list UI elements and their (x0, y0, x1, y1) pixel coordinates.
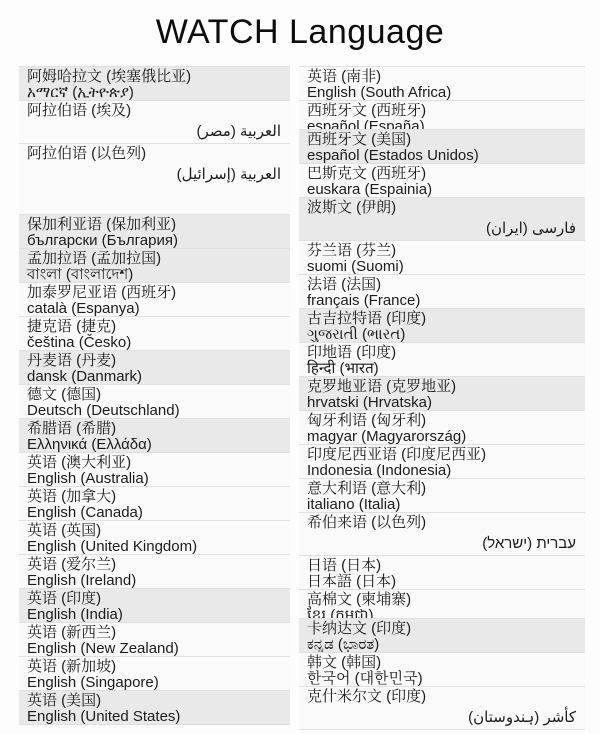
language-label-zh: 希腊语 (希腊) (27, 420, 283, 437)
language-label-zh: 英语 (加拿大) (27, 488, 283, 505)
language-option[interactable]: 印地语 (印度)हिन्दी (भारत) (299, 343, 585, 377)
language-label-native: עברית (ישראל) (307, 536, 578, 552)
language-option[interactable]: 孟加拉语 (孟加拉国)বাংলা (বাংলাদেশ) (19, 249, 290, 283)
language-label-zh: 德文 (德国) (27, 386, 283, 403)
language-label-native: English (Ireland) (27, 573, 283, 589)
language-label-native: ગુજરાતી (ભારત) (307, 327, 578, 343)
language-label-native: italiano (Italia) (307, 497, 578, 513)
language-label-native: български (България) (27, 233, 283, 249)
language-option[interactable]: 希腊语 (希腊)Ελληνικά (Ελλάδα) (19, 419, 290, 453)
language-label-native: English (New Zealand) (27, 641, 283, 657)
language-label-native: català (Espanya) (27, 301, 283, 317)
language-label-native: hrvatski (Hrvatska) (307, 395, 578, 411)
language-label-zh: 印地语 (印度) (307, 344, 578, 361)
language-label-zh: 英语 (爱尔兰) (27, 556, 283, 573)
language-label-native: magyar (Magyarország) (307, 429, 578, 445)
language-option[interactable]: 古吉拉特语 (印度)ગુજરાતી (ભારત) (299, 309, 585, 343)
language-label-zh: 阿姆哈拉文 (埃塞俄比亚) (27, 68, 283, 85)
language-option[interactable]: 英语 (印度)English (India) (19, 589, 290, 623)
language-label-native: Indonesia (Indonesia) (307, 463, 578, 479)
language-label-zh: 西班牙文 (美国) (307, 131, 578, 148)
language-option[interactable]: 高棉文 (柬埔寨)ខ្មែរ (កម្ពុជា) (299, 590, 585, 619)
language-option[interactable]: 保加利亚语 (保加利亚)български (България) (19, 215, 290, 249)
language-label-native: English (India) (27, 607, 283, 623)
language-option[interactable]: 阿姆哈拉文 (埃塞俄比亚)አማርኛ (ኢትዮጵያ) (19, 67, 290, 101)
language-option[interactable]: 日语 (日本)日本語 (日本) (299, 556, 585, 590)
language-option[interactable]: 英语 (新西兰)English (New Zealand) (19, 623, 290, 657)
language-label-zh: 捷克语 (捷克) (27, 318, 283, 335)
language-label-zh: 英语 (印度) (27, 590, 283, 607)
language-label-native: español (España) (307, 119, 578, 130)
language-label-zh: 卡纳达文 (印度) (307, 620, 578, 637)
language-label-native: 한국어 (대한민국) (307, 671, 578, 687)
language-label-native: العربية (إسرائيل) (27, 167, 283, 183)
language-option[interactable]: 法语 (法国)français (France) (299, 275, 585, 309)
language-label-zh: 日语 (日本) (307, 557, 578, 574)
page-title: WATCH Language (0, 11, 600, 53)
language-option[interactable]: 西班牙文 (西班牙)español (España) (299, 101, 585, 130)
language-label-native: አማርኛ (ኢትዮጵያ) (27, 85, 283, 101)
language-label-native: ಕನ್ನಡ (ಭಾರತ) (307, 637, 578, 653)
language-option[interactable]: 波斯文 (伊朗)فارسی (ایران) (299, 198, 585, 241)
language-label-native: English (South Africa) (307, 85, 578, 101)
language-label-zh: 波斯文 (伊朗) (307, 199, 578, 216)
language-label-native: فارسی (ایران) (307, 221, 578, 237)
language-label-zh: 孟加拉语 (孟加拉国) (27, 250, 283, 267)
language-option[interactable]: 印度尼西亚语 (印度尼西亚)Indonesia (Indonesia) (299, 445, 585, 479)
language-option[interactable]: 匈牙利语 (匈牙利)magyar (Magyarország) (299, 411, 585, 445)
language-option[interactable]: 英语 (澳大利亚)English (Australia) (19, 453, 290, 487)
language-option[interactable]: 希伯来语 (以色列)עברית (ישראל) (299, 513, 585, 556)
language-label-native: العربية (مصر) (27, 124, 283, 140)
language-label-zh: 法语 (法国) (307, 276, 578, 293)
language-label-native: Ελληνικά (Ελλάδα) (27, 437, 283, 453)
language-label-zh: 英语 (南非) (307, 68, 578, 85)
language-label-native: čeština (Česko) (27, 335, 283, 351)
language-label-native: English (Singapore) (27, 675, 283, 691)
language-label-zh: 英语 (新西兰) (27, 624, 283, 641)
language-label-zh: 古吉拉特语 (印度) (307, 310, 578, 327)
language-option[interactable]: 韩文 (韩国)한국어 (대한민국) (299, 653, 585, 687)
language-option[interactable]: 克罗地亚语 (克罗地亚)hrvatski (Hrvatska) (299, 377, 585, 411)
language-column-left: 阿姆哈拉文 (埃塞俄比亚)አማርኛ (ኢትዮጵያ)阿拉伯语 (埃及)العربي… (19, 66, 290, 725)
language-label-zh: 克什米尔文 (印度) (307, 688, 578, 705)
language-option[interactable]: 英语 (英国)English (United Kingdom) (19, 521, 290, 555)
language-option[interactable]: 英语 (南非)English (South Africa) (299, 67, 585, 101)
language-label-zh: 意大利语 (意大利) (307, 480, 578, 497)
language-option[interactable]: 意大利语 (意大利)italiano (Italia) (299, 479, 585, 513)
language-label-native: English (Australia) (27, 471, 283, 487)
language-label-native: हिन्दी (भारत) (307, 361, 578, 377)
language-label-zh: 巴斯克文 (西班牙) (307, 165, 578, 182)
language-label-zh: 西班牙文 (西班牙) (307, 102, 578, 119)
language-column-right: 英语 (南非)English (South Africa)西班牙文 (西班牙)e… (299, 66, 585, 730)
language-label-native: ខ្មែរ (កម្ពុជា) (307, 608, 578, 619)
language-label-zh: 印度尼西亚语 (印度尼西亚) (307, 446, 578, 463)
language-option[interactable]: 德文 (德国)Deutsch (Deutschland) (19, 385, 290, 419)
language-option[interactable]: 西班牙文 (美国)español (Estados Unidos) (299, 130, 585, 164)
language-label-zh: 克罗地亚语 (克罗地亚) (307, 378, 578, 395)
language-label-native: English (Canada) (27, 505, 283, 521)
language-label-zh: 阿拉伯语 (埃及) (27, 102, 283, 119)
language-label-zh: 芬兰语 (芬兰) (307, 242, 578, 259)
language-option[interactable]: 巴斯克文 (西班牙)euskara (Espainia) (299, 164, 585, 198)
language-option[interactable]: 阿拉伯语 (以色列)العربية (إسرائيل) (19, 144, 290, 215)
language-label-native: বাংলা (বাংলাদেশ) (27, 267, 283, 283)
language-label-zh: 英语 (美国) (27, 692, 283, 709)
language-label-zh: 英语 (澳大利亚) (27, 454, 283, 471)
language-label-zh: 高棉文 (柬埔寨) (307, 591, 578, 608)
language-label-native: français (France) (307, 293, 578, 309)
language-option[interactable]: 英语 (加拿大)English (Canada) (19, 487, 290, 521)
language-option[interactable]: 英语 (爱尔兰)English (Ireland) (19, 555, 290, 589)
language-option[interactable]: 英语 (美国)English (United States) (19, 691, 290, 725)
language-label-native: español (Estados Unidos) (307, 148, 578, 164)
language-label-native: euskara (Espainia) (307, 182, 578, 198)
language-label-zh: 匈牙利语 (匈牙利) (307, 412, 578, 429)
language-option[interactable]: 英语 (新加坡)English (Singapore) (19, 657, 290, 691)
language-label-zh: 希伯来语 (以色列) (307, 514, 578, 531)
language-option[interactable]: 加泰罗尼亚语 (西班牙)català (Espanya) (19, 283, 290, 317)
language-option[interactable]: 捷克语 (捷克)čeština (Česko) (19, 317, 290, 351)
language-label-native: Deutsch (Deutschland) (27, 403, 283, 419)
language-label-native: 日本語 (日本) (307, 574, 578, 590)
language-label-zh: 加泰罗尼亚语 (西班牙) (27, 284, 283, 301)
language-label-zh: 丹麦语 (丹麦) (27, 352, 283, 369)
language-label-zh: 韩文 (韩国) (307, 654, 578, 671)
language-option[interactable]: 丹麦语 (丹麦)dansk (Danmark) (19, 351, 290, 385)
language-list: 阿姆哈拉文 (埃塞俄比亚)አማርኛ (ኢትዮጵያ)阿拉伯语 (埃及)العربي… (0, 66, 600, 730)
language-option[interactable]: 卡纳达文 (印度)ಕನ್ನಡ (ಭಾರತ) (299, 619, 585, 653)
language-label-zh: 保加利亚语 (保加利亚) (27, 216, 283, 233)
language-option[interactable]: 克什米尔文 (印度)كأشر (ہندوستان) (299, 687, 585, 730)
language-label-zh: 阿拉伯语 (以色列) (27, 145, 283, 162)
language-label-zh: 英语 (新加坡) (27, 658, 283, 675)
language-label-native: كأشر (ہندوستان) (307, 710, 578, 726)
language-label-native: English (United States) (27, 709, 283, 725)
language-option[interactable]: 芬兰语 (芬兰)suomi (Suomi) (299, 241, 585, 275)
language-label-native: suomi (Suomi) (307, 259, 578, 275)
language-label-native: dansk (Danmark) (27, 369, 283, 385)
language-label-native: English (United Kingdom) (27, 539, 283, 555)
language-label-zh: 英语 (英国) (27, 522, 283, 539)
language-option[interactable]: 阿拉伯语 (埃及)العربية (مصر) (19, 101, 290, 144)
